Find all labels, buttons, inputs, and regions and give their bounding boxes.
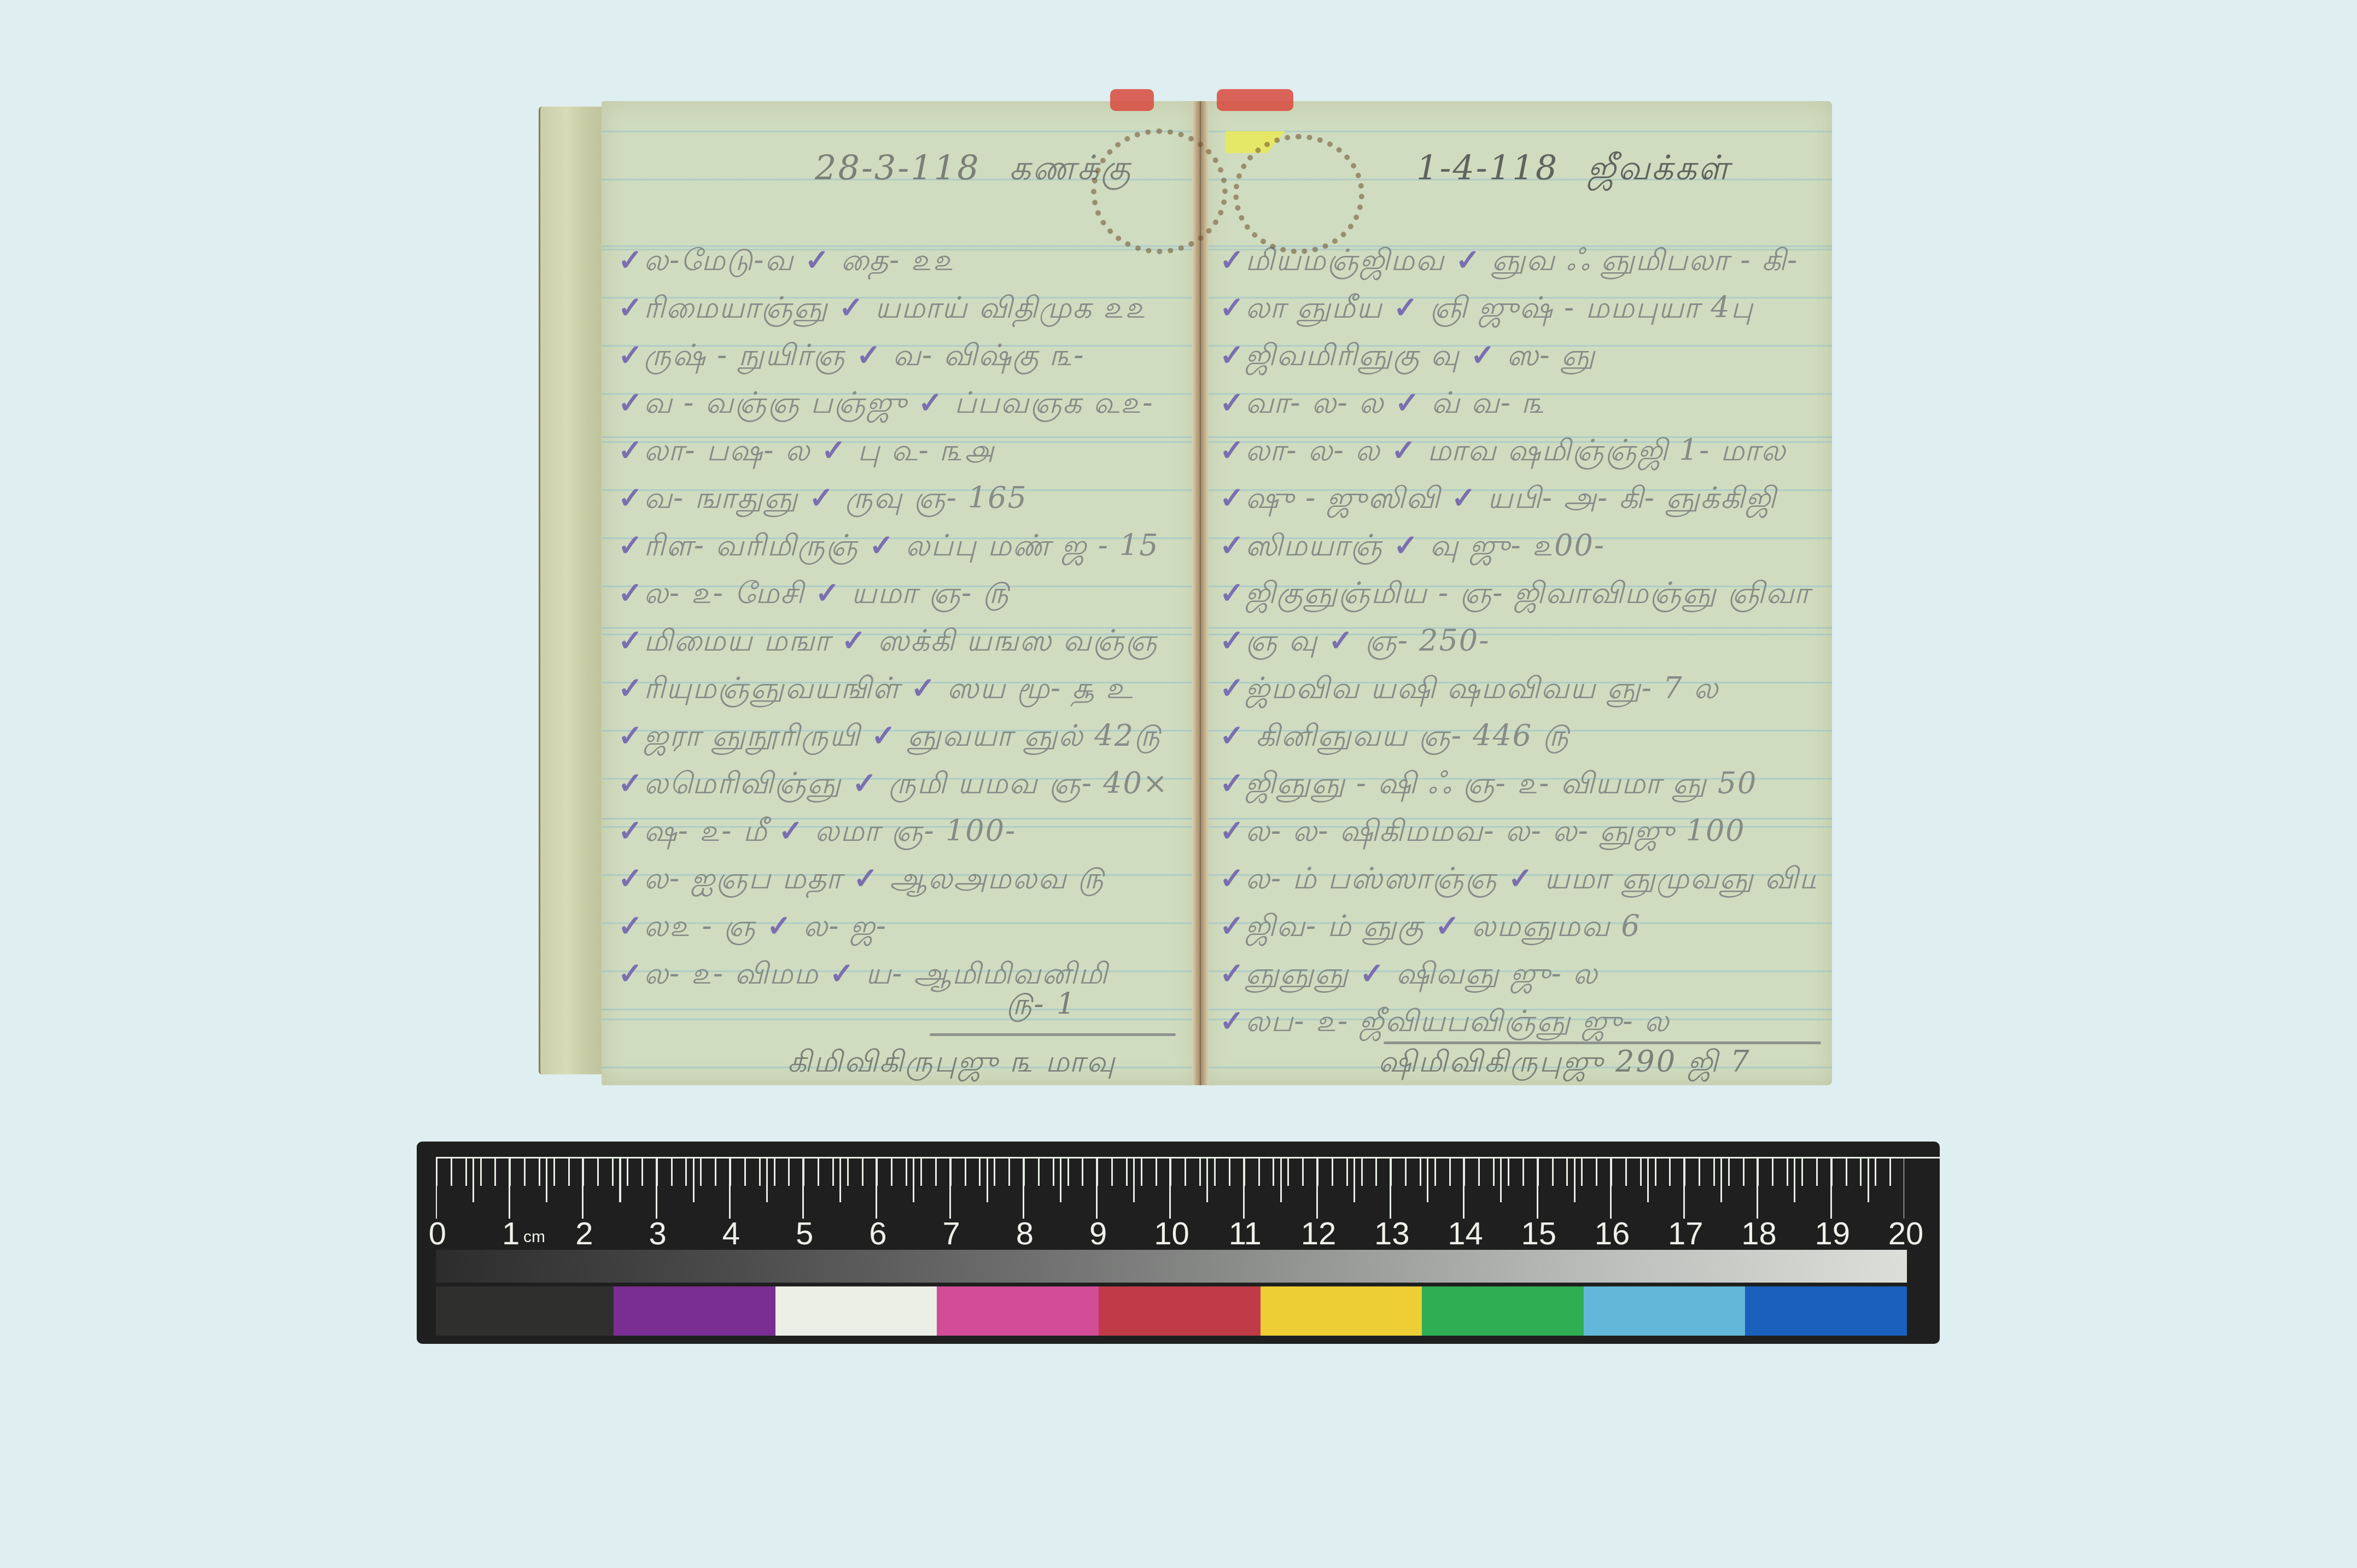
check-mark-icon: ✓ bbox=[1393, 290, 1419, 325]
check-mark-icon: ✓ bbox=[1435, 908, 1461, 943]
check-mark-icon: ✓ bbox=[852, 765, 878, 800]
handwritten-entry-row: ✓வ- ஙாதுஞு ✓ ருவு ஞ- 165 bbox=[618, 476, 1181, 519]
ruler-cm-label: 8 bbox=[1016, 1215, 1034, 1252]
ruler-cm-label: 11 bbox=[1229, 1215, 1262, 1252]
check-mark-icon: ✓ bbox=[618, 718, 644, 753]
handwritten-entry-row: ✓ருஷ் - நுயிர்ஞ ✓ வ- விஷ்கு ௩- bbox=[618, 333, 1181, 377]
check-mark-icon: ✓ bbox=[1220, 623, 1245, 658]
check-mark-icon: ✓ bbox=[618, 908, 644, 943]
left-page: 28-3-118 கணக்கு ✓ல-மேடு-வ ✓ தை- ௨௨✓ரிமைய… bbox=[602, 101, 1198, 1085]
check-mark-icon: ✓ bbox=[853, 861, 879, 896]
check-mark-icon: ✓ bbox=[1220, 956, 1245, 991]
handwritten-entry-row: ✓ஞ வு ✓ ஞ- 250- bbox=[1220, 618, 1816, 662]
ruler-cm-label: 5 bbox=[796, 1215, 813, 1252]
check-mark-icon: ✓ bbox=[1220, 575, 1245, 610]
notebook-back-cover-edge bbox=[539, 107, 606, 1074]
ruler-cm-label: 2 bbox=[575, 1215, 593, 1252]
ruler-cm-label: 6 bbox=[869, 1215, 886, 1252]
check-mark-icon: ✓ bbox=[618, 575, 644, 610]
handwritten-entry-row: ✓ கினிஞுவய ஞ- 446 ௫ bbox=[1220, 713, 1816, 757]
color-swatch-red bbox=[1099, 1286, 1261, 1336]
ruler-cm-label: 3 bbox=[649, 1215, 667, 1252]
check-mark-icon: ✓ bbox=[618, 290, 644, 325]
check-mark-icon: ✓ bbox=[1220, 290, 1245, 325]
handwritten-entry-row: ✓வ - வஞ்ஞ பஞ்ஜு ✓ ப்பவஞக ௳௨- bbox=[618, 381, 1181, 424]
handwritten-entry-row: ✓ஷு - ஜுஸிவி ✓ யபி- அ- கி- ஞுக்கிஜி bbox=[1220, 476, 1816, 519]
notebook-spine bbox=[1192, 101, 1209, 1085]
check-mark-icon: ✓ bbox=[1393, 528, 1419, 563]
handwritten-entry-row: ✓ல- ம் பஸ்ஸாஞ்ஞ ✓ யமா ஞுமுவஞு விமவிஞ் bbox=[1220, 856, 1816, 900]
check-mark-icon: ✓ bbox=[1508, 861, 1534, 896]
check-mark-icon: ✓ bbox=[1220, 1003, 1245, 1038]
handwritten-entry-row: ✓லா- பஷ- ல ✓ பு ௳- ௩௮ bbox=[618, 428, 1181, 472]
ruler-unit-label: cm bbox=[523, 1228, 545, 1247]
ruler-cm-label: 7 bbox=[943, 1215, 960, 1252]
check-mark-icon: ✓ bbox=[618, 242, 644, 277]
handwritten-entry-row: ✓ஜிவமிரிஞுகு வு ✓ ஸ- ஞு bbox=[1220, 333, 1816, 377]
handwritten-entry-row: ✓ஜிகுஞுஞ்மிய - ஞ- ஜிவாவிமஞ்ஞு ஞிவா bbox=[1220, 571, 1816, 615]
ruler-cm-label: 13 bbox=[1374, 1215, 1410, 1252]
check-mark-icon: ✓ bbox=[842, 623, 867, 658]
stain-mark-right bbox=[1233, 134, 1364, 254]
handwritten-entry-row: ✓ரிமையாஞ்ஞு ✓ யமாய் விதிமுக ௨௨ bbox=[618, 285, 1181, 329]
color-swatch-purple bbox=[614, 1286, 775, 1336]
ruler-cm-label: 12 bbox=[1301, 1215, 1337, 1252]
handwritten-entry-row: ✓ஷ- ௨- மீ ✓ லமா ஞ- 100- bbox=[618, 809, 1181, 852]
check-mark-icon: ✓ bbox=[767, 908, 792, 943]
check-mark-icon: ✓ bbox=[1220, 432, 1245, 467]
check-mark-icon: ✓ bbox=[1220, 528, 1245, 563]
ruler-cm-label: 16 bbox=[1595, 1215, 1630, 1252]
check-mark-icon: ✓ bbox=[618, 861, 644, 896]
check-mark-icon: ✓ bbox=[809, 480, 835, 515]
ruler-cm-label: 14 bbox=[1448, 1215, 1483, 1252]
check-mark-icon: ✓ bbox=[839, 290, 865, 325]
check-mark-icon: ✓ bbox=[911, 670, 936, 705]
check-mark-icon: ✓ bbox=[618, 528, 644, 563]
check-mark-icon: ✓ bbox=[1220, 813, 1245, 848]
handwritten-entry-row: ✓மிமைய மஙா ✓ ஸக்கி யஙஸ வஞ்ஞ bbox=[618, 618, 1181, 662]
ruler-cm-label: 19 bbox=[1815, 1215, 1850, 1252]
handwritten-entry-row: ✓ல- ௨- மேசி ✓ யமா ஞ- ௫ bbox=[618, 571, 1181, 615]
check-mark-icon: ✓ bbox=[618, 670, 644, 705]
check-mark-icon: ✓ bbox=[1391, 432, 1417, 467]
color-swatch-yellow bbox=[1261, 1286, 1422, 1336]
scale-ruler: 01234567891011121314151617181920 cm bbox=[417, 1142, 1940, 1344]
check-mark-icon: ✓ bbox=[618, 765, 644, 800]
left-page-date: 28-3-118 கணக்கு bbox=[815, 148, 1132, 192]
handwritten-entry-row: ✓ஜிஞுஞு - ஷி ஃ ஞ- ௨- வியமா ஞு 50 bbox=[1220, 761, 1816, 805]
color-swatch-blue bbox=[1745, 1286, 1907, 1336]
handwritten-entry-row: ✓ரிள- வரிமிருஞ் ✓ லப்பு மண் ஜ - 15 bbox=[618, 523, 1181, 567]
color-swatch-cyan bbox=[1584, 1286, 1746, 1336]
check-mark-icon: ✓ bbox=[1220, 385, 1245, 420]
color-swatch-magenta bbox=[937, 1286, 1099, 1336]
ruler-cm-label: 1 bbox=[502, 1215, 520, 1252]
check-mark-icon: ✓ bbox=[1328, 623, 1354, 658]
check-mark-icon: ✓ bbox=[1471, 337, 1496, 372]
check-mark-icon: ✓ bbox=[618, 385, 644, 420]
check-mark-icon: ✓ bbox=[1220, 765, 1245, 800]
handwritten-entry-row: ✓ஜிவ- ம் ஞுகு ✓ லமஞுமவ 6 bbox=[1220, 904, 1816, 947]
notebook: 28-3-118 கணக்கு ✓ல-மேடு-வ ✓ தை- ௨௨✓ரிமைய… bbox=[539, 101, 1835, 1093]
check-mark-icon: ✓ bbox=[1220, 670, 1245, 705]
check-mark-icon: ✓ bbox=[918, 385, 944, 420]
handwritten-entry-row: ✓ஞுஞுஞு ✓ ஷிவஞு ஜு- ல bbox=[1220, 951, 1816, 995]
check-mark-icon: ✓ bbox=[618, 623, 644, 658]
ruler-cm-ticks bbox=[436, 1157, 1904, 1219]
handwritten-entry-row: ✓ல- ௨- விமம ✓ ய- ஆமிமிவனிமி bbox=[618, 951, 1181, 995]
color-swatch-strip bbox=[436, 1286, 1907, 1336]
handwritten-entry-row: ✓ஜ்மவிவ யஷி ஷமவிவய ஞு- 7 ல bbox=[1220, 666, 1816, 710]
left-page-footer-total: கிமிவிகிருபுஜு ௩ மாவு bbox=[787, 1044, 1116, 1083]
check-mark-icon: ✓ bbox=[779, 813, 804, 848]
handwritten-entry-row: ✓வா- ல- ல ✓ வ் வ- ௩ bbox=[1220, 381, 1816, 424]
handwritten-entry-row: ✓ரியுமஞ்ஞுவயஙிள் ✓ ஸய மூ- ௲ உ bbox=[618, 666, 1181, 710]
ruler-cm-label: 0 bbox=[429, 1215, 446, 1252]
binding-thread-right bbox=[1217, 89, 1293, 111]
handwritten-entry-row: ✓ல- ல- ஷிகிமமவ- ல- ல- ஞுஜு 100 bbox=[1220, 809, 1816, 852]
handwritten-entry-row: ✓லப- ௨- ஜீவியபவிஞ்ஞு ஜு- ல bbox=[1220, 999, 1816, 1043]
check-mark-icon: ✓ bbox=[1360, 956, 1385, 991]
check-mark-icon: ✓ bbox=[856, 337, 882, 372]
check-mark-icon: ✓ bbox=[1220, 861, 1245, 896]
check-mark-icon: ✓ bbox=[618, 813, 644, 848]
ruler-cm-label: 17 bbox=[1668, 1215, 1703, 1252]
check-mark-icon: ✓ bbox=[618, 956, 644, 991]
handwritten-entry-row: ✓ஸிமயாஞ் ✓ வு ஜு- ௨00- bbox=[1220, 523, 1816, 567]
handwritten-entry-row: ✓ல- ஐஞப மதா ✓ ஆலஅமலவ ௫ bbox=[618, 856, 1181, 900]
check-mark-icon: ✓ bbox=[1220, 718, 1245, 753]
color-swatch-green bbox=[1422, 1286, 1584, 1336]
check-mark-icon: ✓ bbox=[871, 718, 897, 753]
check-mark-icon: ✓ bbox=[804, 242, 830, 277]
right-page-footer-total: ஷிமிவிகிருபுஜு 290 ஜி 7 bbox=[1378, 1044, 1751, 1083]
check-mark-icon: ✓ bbox=[821, 432, 847, 467]
ruler-cm-label: 4 bbox=[722, 1215, 740, 1252]
check-mark-icon: ✓ bbox=[815, 575, 841, 610]
left-page-subtotal: ௫- 1 bbox=[1006, 987, 1077, 1026]
handwritten-entry-row: ✓ல௨ - ஞ ✓ ல- ஜ- bbox=[618, 904, 1181, 947]
ruler-cm-label: 18 bbox=[1741, 1215, 1777, 1252]
check-mark-icon: ✓ bbox=[1395, 385, 1421, 420]
ruler-cm-label: 9 bbox=[1089, 1215, 1107, 1252]
check-mark-icon: ✓ bbox=[1451, 480, 1477, 515]
check-mark-icon: ✓ bbox=[1220, 480, 1245, 515]
check-mark-icon: ✓ bbox=[1220, 908, 1245, 943]
check-mark-icon: ✓ bbox=[1455, 242, 1481, 277]
stain-mark-left bbox=[1091, 128, 1228, 254]
ruler-cm-label: 20 bbox=[1888, 1215, 1924, 1252]
check-mark-icon: ✓ bbox=[830, 956, 855, 991]
color-swatch-black bbox=[436, 1286, 614, 1336]
right-page-date: 1-4-118 ஜீவக்கள் bbox=[1416, 148, 1730, 192]
handwritten-entry-row: ✓ல-மேடு-வ ✓ தை- ௨௨ bbox=[618, 238, 1181, 282]
handwritten-entry-row: ✓லா- ல- ல ✓ மாவ ஷமிஞ்ஞ்ஜி 1- மால bbox=[1220, 428, 1816, 472]
ruler-cm-label: 15 bbox=[1521, 1215, 1556, 1252]
check-mark-icon: ✓ bbox=[618, 432, 644, 467]
check-mark-icon: ✓ bbox=[1220, 242, 1245, 277]
check-mark-icon: ✓ bbox=[618, 480, 644, 515]
binding-thread-left bbox=[1110, 89, 1154, 111]
check-mark-icon: ✓ bbox=[1220, 337, 1245, 372]
handwritten-entry-row: ✓ஜரா ஞுநூரிருயி ✓ ஞுவயா ஞுல் 42௫ bbox=[618, 713, 1181, 757]
ruler-cm-label: 10 bbox=[1154, 1215, 1189, 1252]
check-mark-icon: ✓ bbox=[618, 337, 644, 372]
handwritten-entry-row: ✓லமெரிவிஞ்ஞு ✓ ருமி யமவ ஞ- 40× bbox=[618, 761, 1181, 805]
color-swatch-white bbox=[775, 1286, 937, 1336]
check-mark-icon: ✓ bbox=[869, 528, 895, 563]
subtotal-underline bbox=[930, 1033, 1176, 1036]
grayscale-strip bbox=[436, 1250, 1907, 1283]
handwritten-entry-row: ✓லா ஞுமீய ✓ ஞி ஜுஷ் - மமபுயா 4பு bbox=[1220, 285, 1816, 329]
